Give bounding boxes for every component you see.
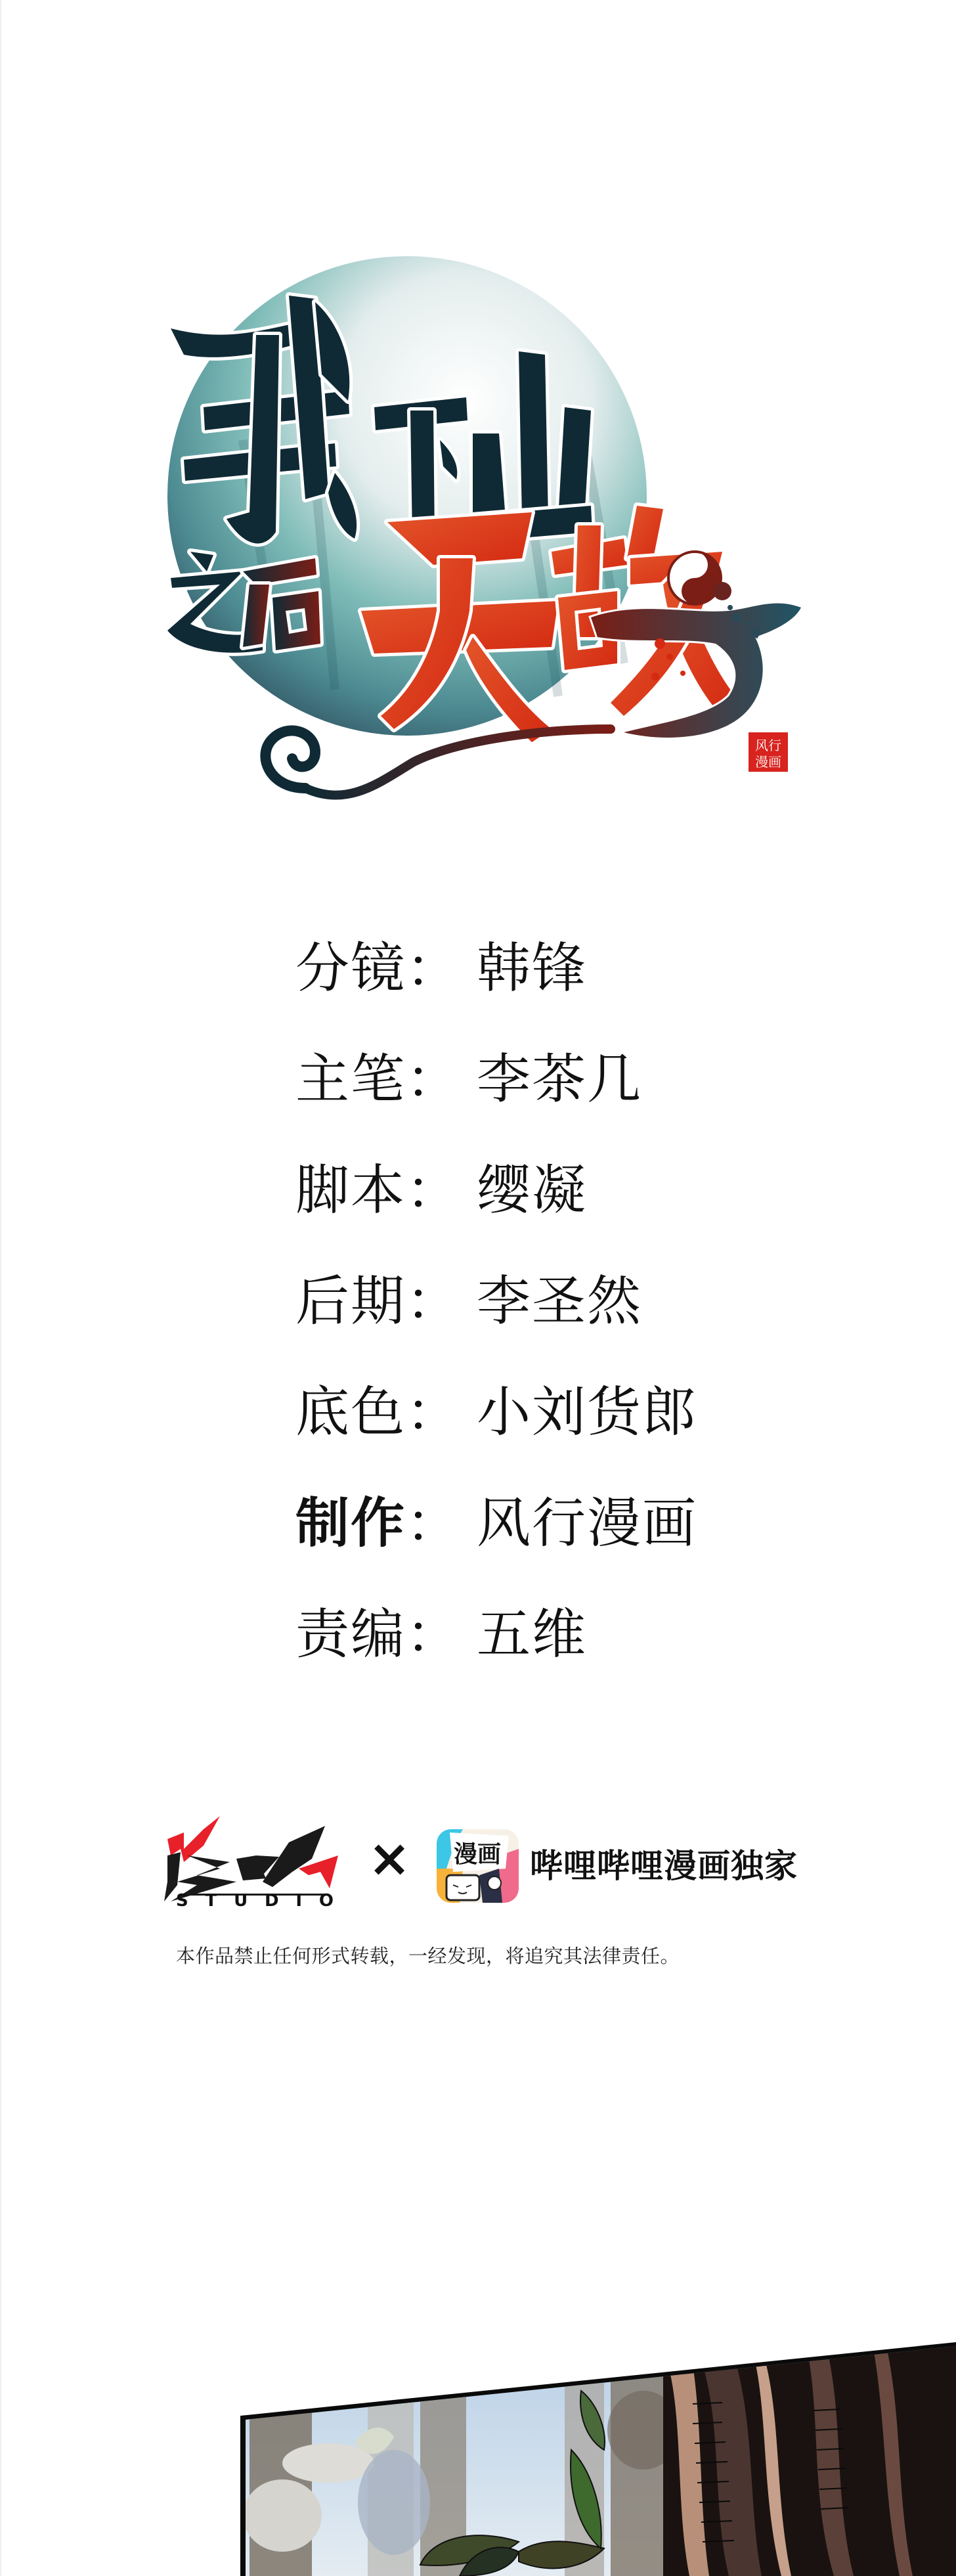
studio-letter: I [295, 1891, 302, 1911]
credit-name: 风行漫画 [477, 1491, 697, 1557]
swirl-icon [265, 730, 315, 788]
studio-letter: T [206, 1891, 217, 1911]
partner-logos: S T U D I O × 漫画 哔哩哔哩漫画独家 [158, 1806, 821, 1918]
bam-studio-wordmark: S T U D I O [176, 1891, 334, 1911]
bili-icon-text: 漫画 [454, 1841, 501, 1868]
svg-text:漫画: 漫画 [755, 754, 781, 770]
credit-role: 后期 [295, 1269, 406, 1335]
bilibili-manga-app-icon: 漫画 [437, 1829, 519, 1903]
svg-text:风行: 风行 [755, 738, 781, 753]
credit-role: 分镜 [295, 936, 406, 1002]
credit-role: 责编 [295, 1602, 406, 1668]
credit-row-editor: 责编：五维 [295, 1602, 755, 1713]
credit-colon: ： [406, 1269, 477, 1335]
studio-letter: U [234, 1891, 248, 1911]
credit-colon: ： [406, 1158, 477, 1224]
platform-exclusive-label: 哔哩哔哩漫画独家 [530, 1847, 798, 1885]
credit-row-post-production: 后期：李圣然 [295, 1269, 755, 1380]
credit-colon: ： [406, 1491, 477, 1557]
credit-name: 缨凝 [477, 1158, 587, 1224]
credit-row-script: 脚本：缨凝 [295, 1158, 755, 1269]
credit-colon: ： [406, 1602, 477, 1668]
credit-colon: ： [406, 1380, 477, 1446]
studio-letter: S [176, 1891, 188, 1911]
credit-name: 韩锋 [477, 936, 587, 1002]
credits-list: 分镜：韩锋 主笔：李茶几 脚本：缨凝 后期：李圣然 底色：小刘货郎 制作：风行漫… [295, 936, 755, 1713]
credit-role: 主笔 [295, 1047, 406, 1113]
credit-name: 小刘货郎 [477, 1380, 697, 1446]
title-logo: 我下山之后无敌 [164, 243, 821, 808]
credit-colon: ： [406, 1047, 477, 1113]
credit-name: 李圣然 [477, 1269, 642, 1335]
copyright-disclaimer: 本作品禁止任何形式转载，一经发现，将追究其法律责任。 [176, 1942, 793, 1970]
seal-stamp-icon: 风行 漫画 [749, 732, 788, 772]
collaboration-x-icon: × [366, 1832, 412, 1885]
credit-row-base-color: 底色：小刘货郎 [295, 1380, 755, 1491]
credit-row-storyboard: 分镜：韩锋 [295, 936, 755, 1047]
credit-role: 底色 [295, 1380, 406, 1446]
credit-row-production: 制作：风行漫画 [295, 1491, 755, 1602]
credit-colon: ： [406, 936, 477, 1002]
studio-letter: D [265, 1891, 279, 1911]
credit-name: 李茶几 [477, 1047, 642, 1113]
studio-letter: O [319, 1891, 334, 1911]
page-edge-strip [0, 0, 1, 2576]
bam-studio-logo: S T U D I O [158, 1810, 345, 1915]
comic-panel [0, 2299, 956, 2576]
credit-role: 制作 [295, 1491, 406, 1557]
credit-row-lead-artist: 主笔：李茶几 [295, 1047, 755, 1158]
credit-role: 脚本 [295, 1158, 406, 1224]
credit-name: 五维 [477, 1602, 587, 1668]
